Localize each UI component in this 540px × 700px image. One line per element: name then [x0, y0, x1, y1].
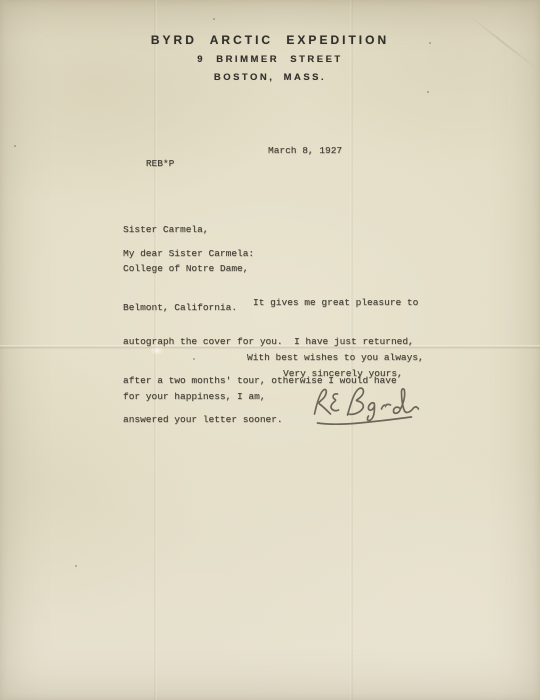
paper-speck	[427, 91, 429, 93]
closing-line: Very sincerely yours,	[283, 367, 403, 380]
body-line: It gives me great pleasure to	[253, 296, 418, 309]
letterhead-city: BOSTON, MASS.	[0, 72, 540, 83]
signature-underline	[318, 417, 412, 424]
letterhead-title: BYRD ARCTIC EXPEDITION	[0, 33, 540, 47]
letterhead-street: 9 BRIMMER STREET	[0, 54, 540, 65]
recipient-name: Sister Carmela,	[123, 223, 248, 236]
paper-speck	[14, 145, 16, 147]
signature-letter-y	[367, 403, 374, 421]
signature-handwriting	[306, 384, 444, 432]
signature-letter-B	[348, 388, 364, 415]
signature-letter-r	[382, 404, 391, 409]
signature-letter-d	[394, 389, 419, 413]
paper-speck	[75, 565, 77, 567]
salutation: My dear Sister Carmela:	[123, 247, 254, 260]
paper-speck	[213, 18, 215, 20]
signature-letter-R	[315, 389, 331, 414]
reference-line: REB*P March 8, 1927	[123, 144, 483, 196]
signature-letter-E	[331, 394, 338, 411]
letterhead: BYRD ARCTIC EXPEDITION 9 BRIMMER STREET …	[0, 33, 540, 83]
letter-paper: BYRD ARCTIC EXPEDITION 9 BRIMMER STREET …	[0, 0, 540, 700]
body-line: With best wishes to you always,	[247, 351, 424, 364]
reference-initials: REB*P	[146, 158, 175, 169]
date-line: March 8, 1927	[268, 144, 342, 157]
